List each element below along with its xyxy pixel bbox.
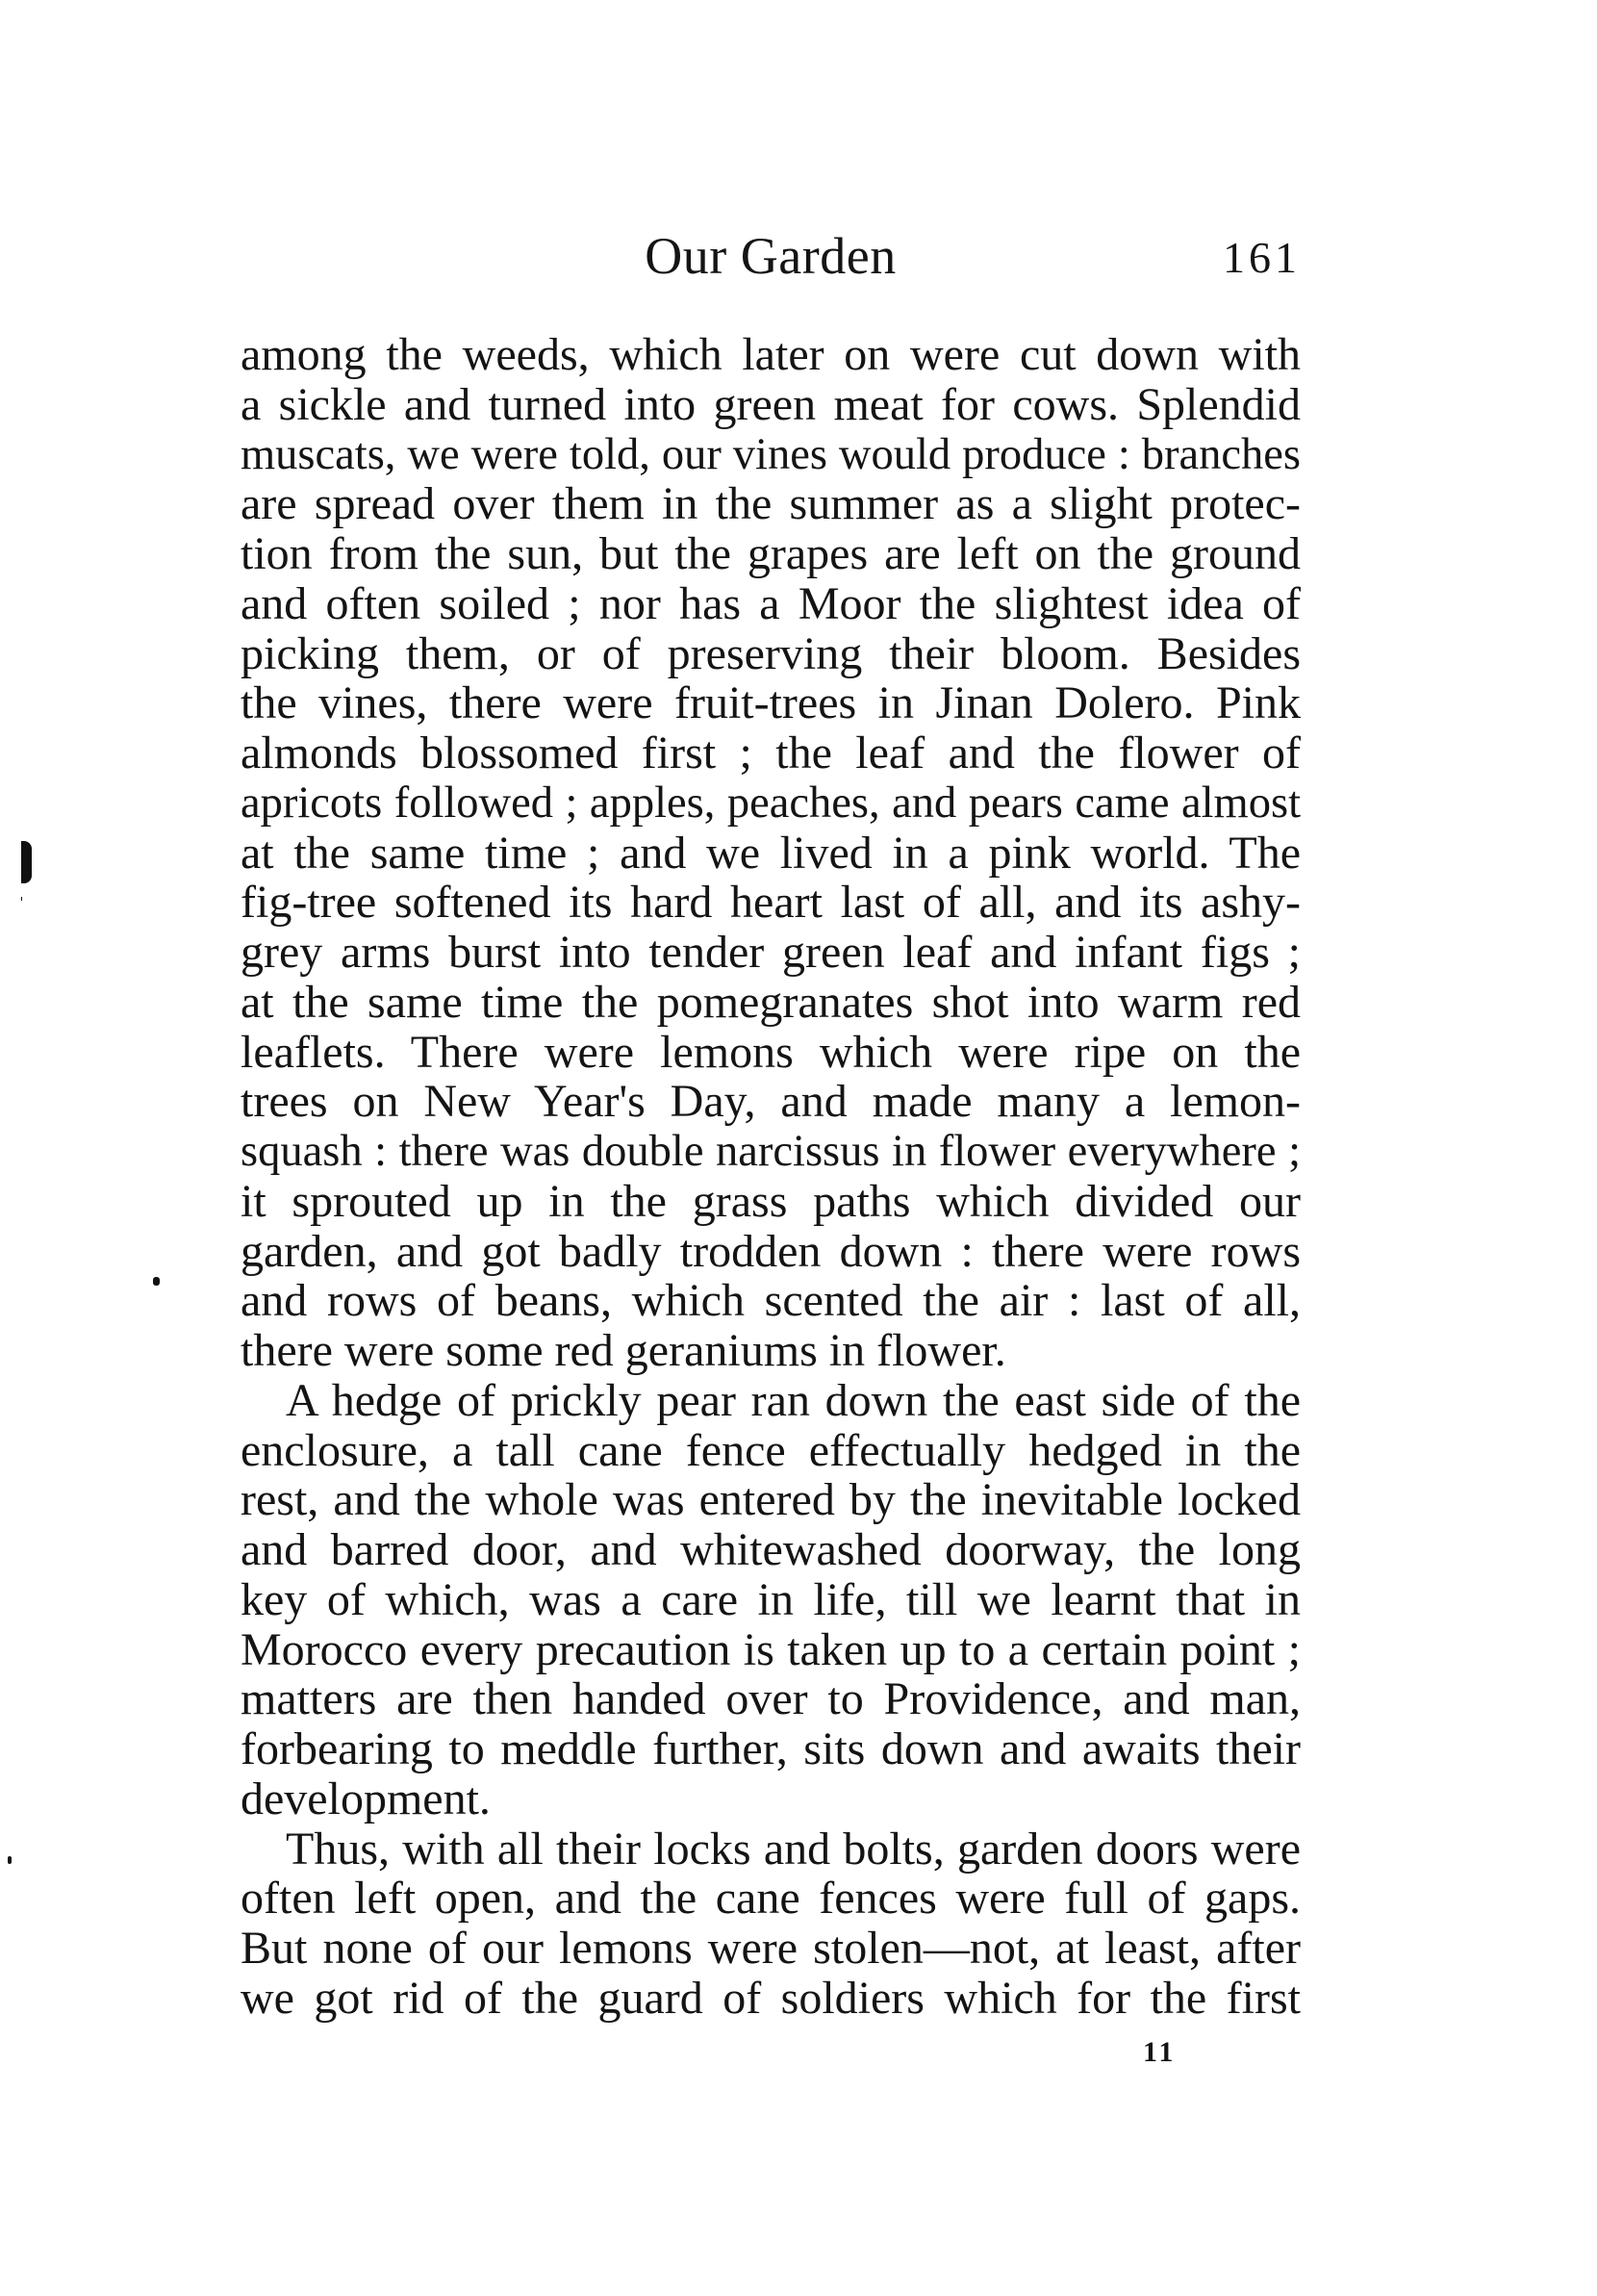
text-line: there were some red geraniums in flower. xyxy=(241,1326,1301,1376)
paragraph: among the weeds, which later on were cut… xyxy=(241,330,1301,1376)
text-line: picking them, or of preserving their blo… xyxy=(241,629,1301,679)
text-line: a sickle and turned into green meat for … xyxy=(241,380,1301,430)
text-line: at the same time the pomegranates shot i… xyxy=(241,978,1301,1028)
text-line: key of which, was a care in life, till w… xyxy=(241,1575,1301,1625)
text-line: squash : there was double narcissus in f… xyxy=(241,1127,1301,1177)
running-head: Our Garden 161 xyxy=(241,227,1301,285)
text-line: muscats, we were told, our vines would p… xyxy=(241,430,1301,480)
page-number: 161 xyxy=(1223,231,1301,285)
paragraph: Thus, with all their locks and bolts, ga… xyxy=(241,1824,1301,2024)
text-line: at the same time ; and we lived in a pin… xyxy=(241,829,1301,879)
text-line: matters are then handed over to Providen… xyxy=(241,1674,1301,1724)
running-title: Our Garden xyxy=(241,227,1301,285)
paragraph: A hedge of prickly pear ran down the eas… xyxy=(241,1376,1301,1824)
text-line: are spread over them in the summer as a … xyxy=(241,479,1301,529)
text-line: and barred door, and whitewashed doorway… xyxy=(241,1525,1301,1575)
scan-speck xyxy=(21,841,32,883)
text-line: among the weeds, which later on were cut… xyxy=(241,330,1301,380)
body-text: among the weeds, which later on were cut… xyxy=(241,330,1301,2024)
scan-speck xyxy=(8,1856,12,1864)
text-line: forbearing to meddle further, sits down … xyxy=(241,1724,1301,1774)
text-line: development. xyxy=(241,1774,1301,1824)
text-line: Morocco every precaution is taken up to … xyxy=(241,1625,1301,1675)
text-line: often left open, and the cane fences wer… xyxy=(241,1874,1301,1924)
text-line: it sprouted up in the grass paths which … xyxy=(241,1177,1301,1227)
signature-mark: 11 xyxy=(1143,2038,1176,2067)
text-line: garden, and got badly trodden down : the… xyxy=(241,1227,1301,1277)
text-line: rest, and the whole was entered by the i… xyxy=(241,1475,1301,1525)
text-line: enclosure, a tall cane fence effectually… xyxy=(241,1426,1301,1476)
text-line: A hedge of prickly pear ran down the eas… xyxy=(241,1376,1301,1426)
text-line: apricots followed ; apples, peaches, and… xyxy=(241,778,1301,829)
text-line: grey arms burst into tender green leaf a… xyxy=(241,928,1301,978)
scan-speck xyxy=(21,897,22,901)
text-line: leaflets. There were lemons which were r… xyxy=(241,1028,1301,1078)
scan-speck xyxy=(153,1277,160,1286)
text-line: we got rid of the guard of soldiers whic… xyxy=(241,1974,1301,2024)
text-line: But none of our lemons were stolen—not, … xyxy=(241,1924,1301,1974)
text-line: and rows of beans, which scented the air… xyxy=(241,1276,1301,1326)
text-line: tion from the sun, but the grapes are le… xyxy=(241,529,1301,579)
text-line: the vines, there were fruit-trees in Jin… xyxy=(241,678,1301,728)
text-line: and often soiled ; nor has a Moor the sl… xyxy=(241,579,1301,629)
text-line: Thus, with all their locks and bolts, ga… xyxy=(241,1824,1301,1875)
text-line: almonds blossomed first ; the leaf and t… xyxy=(241,728,1301,778)
text-line: fig-tree softened its hard heart last of… xyxy=(241,878,1301,928)
text-line: trees on New Year's Day, and made many a… xyxy=(241,1077,1301,1127)
